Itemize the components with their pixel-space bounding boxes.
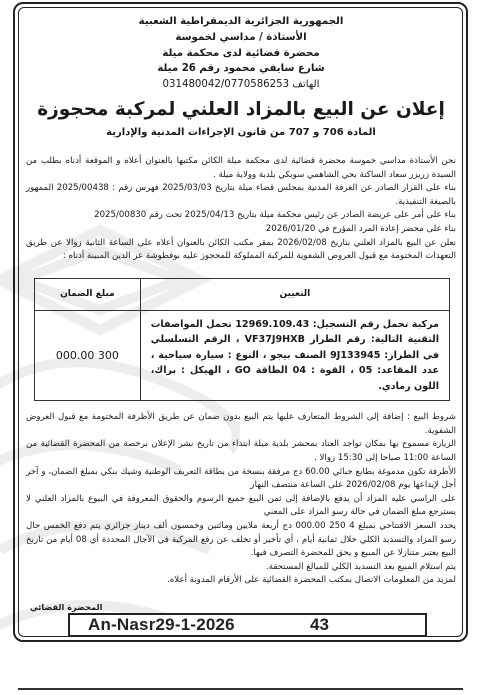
condition-paragraph: لمزيد من المعلومات الاتصال بمكتب المحضرة… xyxy=(26,574,456,588)
guarantee-amount-cell: 300 000.00 xyxy=(35,310,141,401)
newspaper-footer-tab: An-Nasr29-1-2026 43 xyxy=(68,613,427,637)
phone-label: الهاتف xyxy=(292,79,319,90)
table-row: مركبة تحمل رقم التسجيل: 12969.109.43 تحم… xyxy=(35,310,450,401)
header-line-bailiff-name: الأستاذة / مداسي لخموسة xyxy=(26,30,456,46)
notice-content: الجمهورية الجزائرية الديمقراطية الشعبية … xyxy=(26,14,456,612)
vehicle-spec-table: التعيين مبلغ الضمان مركبة تحمل رقم التسج… xyxy=(34,278,450,402)
signature-line: المحضرة القضائي xyxy=(26,602,456,612)
phone-number: 031480042/0770586253 xyxy=(163,79,290,90)
condition-paragraph: الزيارة مسموح بها بمكان تواجد العتاد بمح… xyxy=(26,438,456,465)
intro-paragraph: نحن الأستاذة مداسي خموسة محضرة قضائية لد… xyxy=(26,155,456,182)
header-line-court: محضرة قضائية لدى محكمة ميلة xyxy=(26,46,456,62)
intro-paragraph: بناء على أمر على عريضة الصادر عن رئيس مح… xyxy=(26,209,456,223)
condition-paragraph: شروط البيع : إضافة إلى الشروط المتعارف ع… xyxy=(26,411,456,438)
intro-paragraph: نعلن عن البيع بالمزاد العلني بتاريخ 2026… xyxy=(26,237,456,264)
page-number: 43 xyxy=(310,615,329,635)
newspaper-name-date: An-Nasr29-1-2026 xyxy=(70,615,310,635)
notice-subtitle: المادة 706 و 707 من قانون الإجراءات المد… xyxy=(26,125,456,141)
sale-conditions: شروط البيع : إضافة إلى الشروط المتعارف ع… xyxy=(26,411,456,588)
intro-paragraph: بناء على القرار الصادر عن الغرفة المدنية… xyxy=(26,182,456,209)
column-header-guarantee: مبلغ الضمان xyxy=(35,278,141,310)
table-header-row: التعيين مبلغ الضمان xyxy=(35,278,450,310)
header-phone-line: الهاتف 031480042/0770586253 xyxy=(26,77,456,93)
header-line-republic: الجمهورية الجزائرية الديمقراطية الشعبية xyxy=(26,14,456,30)
condition-paragraph: على الراسي عليه المزاد أن يدفع بالإضافة … xyxy=(26,493,456,520)
vehicle-description-cell: مركبة تحمل رقم التسجيل: 12969.109.43 تحم… xyxy=(140,310,449,401)
condition-paragraph: يتم استلام المبيع بعد التسديد الكلي للمب… xyxy=(26,561,456,575)
newspaper-page: الجمهورية الجزائرية الديمقراطية الشعبية … xyxy=(0,0,483,695)
bailiff-header: الجمهورية الجزائرية الديمقراطية الشعبية … xyxy=(26,14,456,93)
column-header-description: التعيين xyxy=(140,278,449,310)
header-line-address: شارع سايفي محمود رقم 26 ميلة xyxy=(26,61,456,77)
notice-title: إعلان عن البيع بالمزاد العلني لمركبة محج… xyxy=(26,95,456,125)
condition-paragraph: الأظرفة تكون مدموغة بطابع جبائي 60.00 دج… xyxy=(26,466,456,493)
condition-paragraph: يحدد السعر الافتتاحي بمبلغ 4 250 000.00 … xyxy=(26,520,456,561)
intro-paragraph: بناء على محضر إعادة المرد المؤرخ في 2026… xyxy=(26,223,456,237)
next-notice-top-border xyxy=(18,688,463,690)
